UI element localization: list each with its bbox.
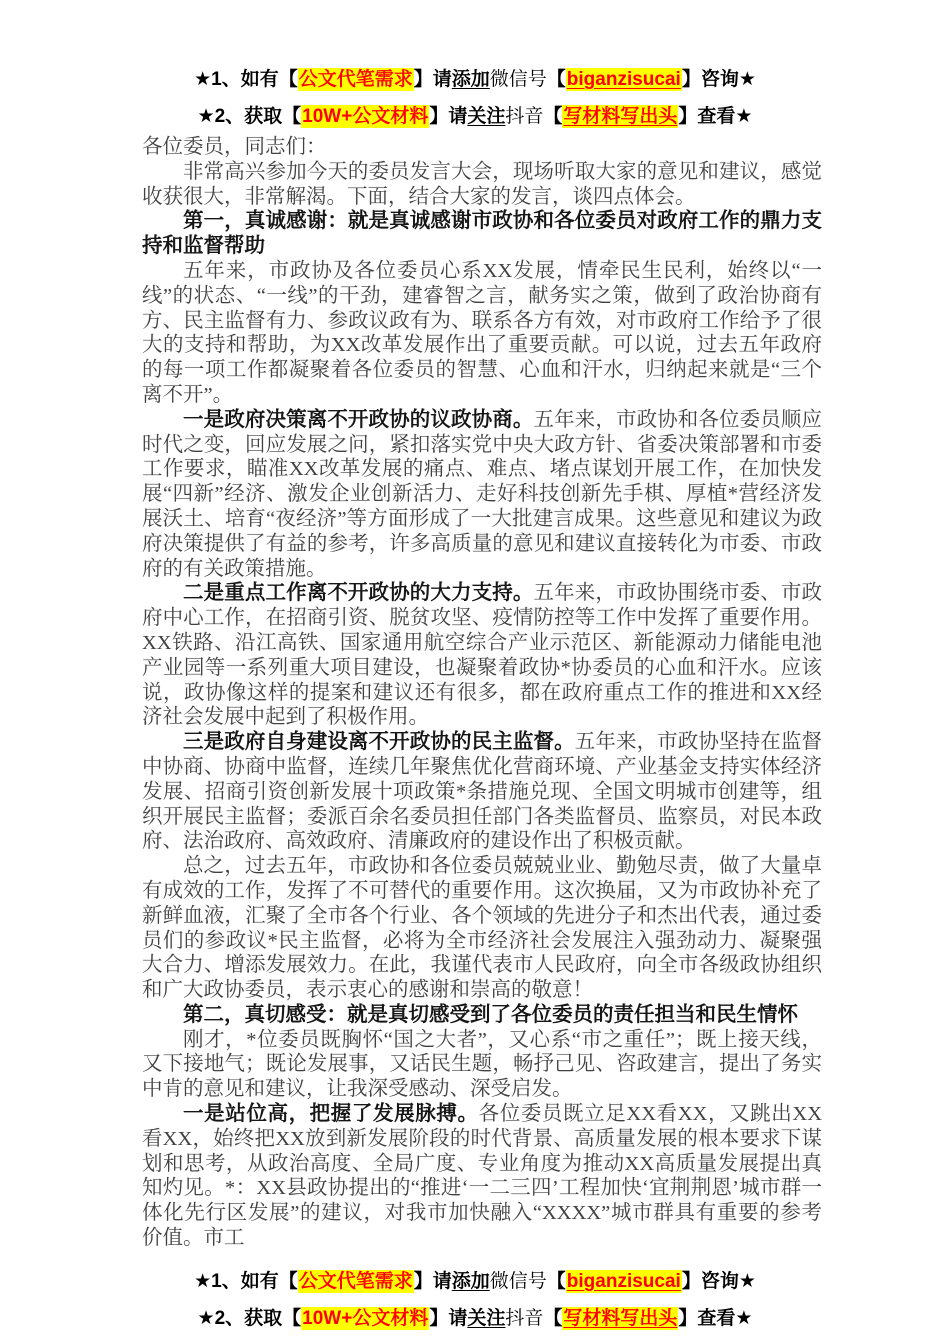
ad-highlighted-text: 写材料写出头 — [562, 1307, 678, 1330]
ad-highlighted-text: 公文代笔需求 — [298, 1270, 414, 1293]
body-text: 刚才，*位委员既胸怀“国之大者”，又心系“市之重任”；既上接天线，又下接地气；既… — [142, 1029, 822, 1101]
ad-line: ★2、获取【10W+公文材料】请关注抖音【写材料写出头】查看★ — [0, 98, 950, 135]
ad-line: ★2、获取【10W+公文材料】请关注抖音【写材料写出头】查看★ — [0, 1300, 950, 1337]
ad-text: 【 — [547, 1271, 566, 1292]
bold-lead-text: 二是重点工作离不开政协的大力支持。 — [183, 582, 533, 604]
paragraph: 非常高兴参加今天的委员发言大会，现场听取大家的意见和建议，感觉收获很大，非常解渴… — [142, 160, 822, 210]
paragraph: 一是政府决策离不开政协的议政协商。五年来，市政协和各位委员顺应时代之变，回应发展… — [142, 408, 822, 582]
paragraph: 二是重点工作离不开政协的大力支持。五年来，市政协围绕市委、市政府中心工作，在招商… — [142, 581, 822, 730]
paragraph: 三是政府自身建设离不开政协的民主监督。五年来，市政协坚持在监督中协商、协商中监督… — [142, 730, 822, 854]
ad-banner-bottom: ★1、如有【公文代笔需求】请添加微信号【biganzisucai】咨询★★2、获… — [0, 1263, 950, 1337]
ad-text: ★2、获取【 — [198, 106, 302, 127]
ad-text: ★2、获取【 — [198, 1308, 302, 1329]
bold-lead-text: 三是政府自身建设离不开政协的民主监督。 — [183, 731, 575, 753]
ad-text: 关注 — [467, 106, 505, 127]
ad-text: 】请 — [414, 1271, 452, 1292]
ad-text: 】咨询★ — [682, 69, 756, 90]
ad-highlighted-text: 公文代笔需求 — [298, 68, 414, 91]
bold-lead-text: 第二，真切感受：就是真切感受到了各位委员的责任担当和民生情怀 — [183, 1004, 798, 1026]
ad-text: 微信号 — [490, 69, 547, 90]
ad-text: 】请 — [414, 69, 452, 90]
bold-lead-text: 一是站位高，把握了发展脉搏。 — [183, 1103, 479, 1125]
paragraph: 总之，过去五年，市政协和各位委员兢兢业业、勤勉尽责，做了大量卓有成效的工作，发挥… — [142, 854, 822, 1003]
body-text: 非常高兴参加今天的委员发言大会，现场听取大家的意见和建议，感觉收获很大，非常解渴… — [142, 161, 822, 208]
ad-line: ★1、如有【公文代笔需求】请添加微信号【biganzisucai】咨询★ — [0, 61, 950, 98]
body-text: 总之，过去五年，市政协和各位委员兢兢业业、勤勉尽责，做了大量卓有成效的工作，发挥… — [142, 855, 822, 1001]
ad-text: 添加 — [452, 1271, 490, 1292]
ad-line: ★1、如有【公文代笔需求】请添加微信号【biganzisucai】咨询★ — [0, 1263, 950, 1300]
ad-text: ★1、如有【 — [194, 1271, 298, 1292]
ad-text: ★1、如有【 — [194, 69, 298, 90]
ad-text: 抖音 — [505, 1308, 543, 1329]
document-body: 各位委员，同志们：非常高兴参加今天的委员发言大会，现场听取大家的意见和建议，感觉… — [142, 135, 822, 1251]
ad-text: 】咨询★ — [682, 1271, 756, 1292]
body-text: 五年来，市政协及各位委员心系XX发展，情牵民生民利，始终以“一线”的状态、“一线… — [142, 260, 822, 406]
body-text: 各位委员，同志们： — [142, 136, 327, 158]
ad-text: 【 — [547, 69, 566, 90]
body-text: 五年来，市政协和各位委员顺应时代之变，回应发展之问，紧扣落实党中央大政方针、省委… — [142, 409, 822, 580]
ad-text: 微信号 — [490, 1271, 547, 1292]
ad-text: 【 — [543, 1308, 562, 1329]
ad-highlighted-text: 10W+公文材料 — [301, 105, 429, 128]
ad-banner-top: ★1、如有【公文代笔需求】请添加微信号【biganzisucai】咨询★★2、获… — [0, 0, 950, 135]
ad-text: 】查看★ — [678, 106, 752, 127]
bold-lead-text: 第一，真诚感谢：就是真诚感谢市政协和各位委员对政府工作的鼎力支持和监督帮助 — [142, 210, 822, 257]
heading-paragraph: 第二，真切感受：就是真切感受到了各位委员的责任担当和民生情怀 — [142, 1003, 822, 1028]
document-page: ★1、如有【公文代笔需求】请添加微信号【biganzisucai】咨询★★2、获… — [0, 0, 950, 1344]
ad-highlighted-text: 写材料写出头 — [562, 105, 678, 128]
paragraph: 一是站位高，把握了发展脉搏。各位委员既立足XX看XX，又跳出XX看XX，始终把X… — [142, 1102, 822, 1251]
heading-paragraph: 第一，真诚感谢：就是真诚感谢市政协和各位委员对政府工作的鼎力支持和监督帮助 — [142, 209, 822, 259]
ad-text: 】请 — [429, 1308, 467, 1329]
ad-text: 】查看★ — [678, 1308, 752, 1329]
ad-text: 】请 — [429, 106, 467, 127]
ad-text: 【 — [543, 106, 562, 127]
paragraph: 刚才，*位委员既胸怀“国之大者”，又心系“市之重任”；既上接天线，又下接地气；既… — [142, 1028, 822, 1102]
ad-highlighted-text: biganzisucai — [566, 1270, 682, 1293]
paragraph: 五年来，市政协及各位委员心系XX发展，情牵民生民利，始终以“一线”的状态、“一线… — [142, 259, 822, 408]
ad-highlighted-text: biganzisucai — [566, 68, 682, 91]
ad-text: 添加 — [452, 69, 490, 90]
salutation: 各位委员，同志们： — [142, 135, 822, 160]
ad-text: 关注 — [467, 1308, 505, 1329]
ad-highlighted-text: 10W+公文材料 — [301, 1307, 429, 1330]
bold-lead-text: 一是政府决策离不开政协的议政协商。 — [183, 409, 533, 431]
ad-text: 抖音 — [505, 106, 543, 127]
